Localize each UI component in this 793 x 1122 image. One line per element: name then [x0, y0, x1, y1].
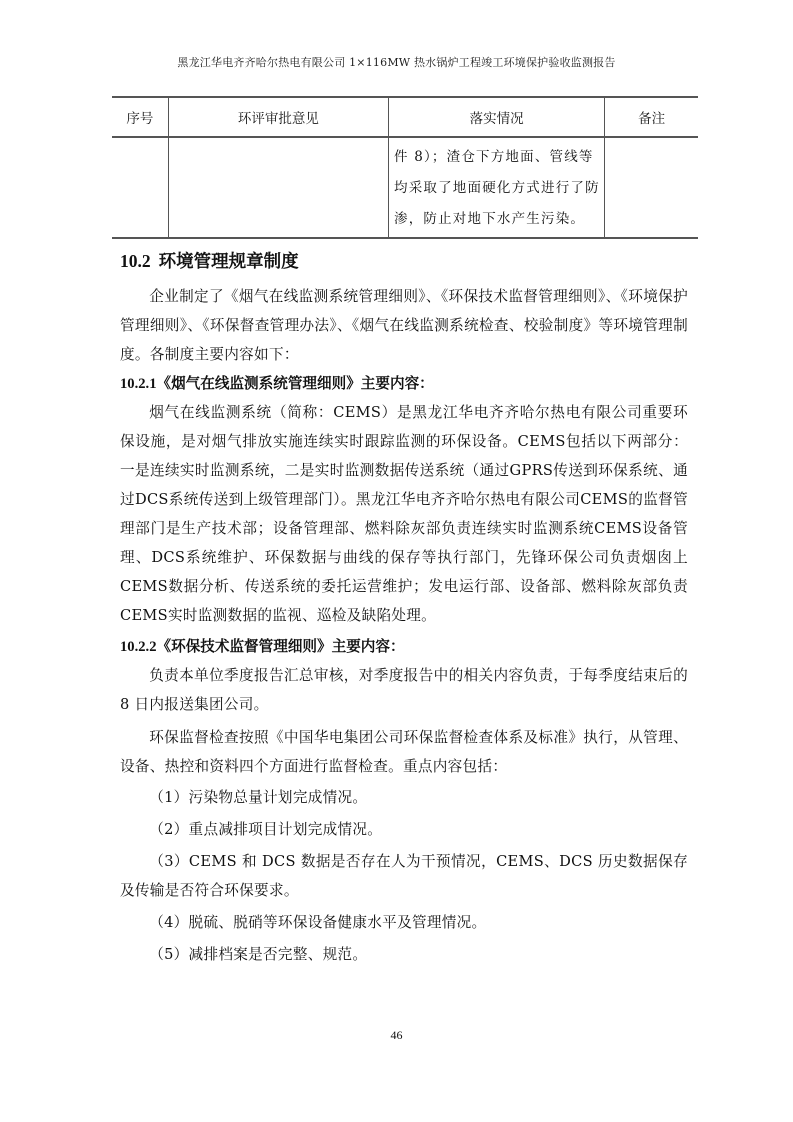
header-serial-number: 序号 — [112, 97, 168, 137]
running-header: 黑龙江华电齐齐哈尔热电有限公司 1×116MW 热水锅炉工程竣工环境保护验收监测… — [0, 54, 793, 70]
subsection-heading-cems: 10.2.1《烟气在线监测系统管理细则》主要内容： — [120, 369, 688, 398]
table-row: 件 8）；渣仓下方地面、管线等均采取了地面硬化方式进行了防渗，防止对地下水产生污… — [112, 137, 698, 238]
header-approval-opinion: 环评审批意见 — [168, 97, 388, 137]
list-item: （1）污染物总量计划完成情况。 — [120, 783, 688, 812]
header-remarks: 备注 — [605, 97, 698, 137]
header-implementation: 落实情况 — [389, 97, 605, 137]
cell-approval-opinion — [168, 137, 388, 238]
cell-serial-number — [112, 137, 168, 238]
subsection-title: 《烟气在线监测系统管理细则》主要内容： — [156, 375, 433, 392]
supervision-paragraph-1: 负责本单位季度报告汇总审核，对季度报告中的相关内容负责，于每季度结束后的 8 日… — [120, 661, 688, 719]
cell-implementation: 件 8）；渣仓下方地面、管线等均采取了地面硬化方式进行了防渗，防止对地下水产生污… — [389, 137, 605, 238]
section-title: 环境管理规章制度 — [159, 252, 299, 272]
approval-table: 序号 环评审批意见 落实情况 备注 件 8）；渣仓下方地面、管线等均采取了地面硬… — [112, 96, 698, 239]
cems-paragraph: 烟气在线监测系统（简称：CEMS）是黑龙江华电齐齐哈尔热电有限公司重要环保设施，… — [120, 398, 688, 630]
list-item: （5）减排档案是否完整、规范。 — [120, 940, 688, 969]
subsection-heading-supervision: 10.2.2《环保技术监督管理细则》主要内容： — [120, 632, 688, 661]
subsection-number: 10.2.2 — [120, 639, 156, 655]
subsection-title: 《环保技术监督管理细则》主要内容： — [156, 638, 404, 655]
supervision-paragraph-2: 环保监督检查按照《中国华电集团公司环保监督检查体系及标准》执行，从管理、设备、热… — [120, 723, 688, 781]
cell-remarks — [605, 137, 698, 238]
document-body: 10.2环境管理规章制度 企业制定了《烟气在线监测系统管理细则》、《环保技术监督… — [120, 246, 688, 969]
section-intro-paragraph: 企业制定了《烟气在线监测系统管理细则》、《环保技术监督管理细则》、《环境保护管理… — [120, 282, 688, 369]
list-item: （4）脱硫、脱硝等环保设备健康水平及管理情况。 — [120, 908, 688, 937]
section-heading: 10.2环境管理规章制度 — [120, 246, 688, 276]
table-header-row: 序号 环评审批意见 落实情况 备注 — [112, 97, 698, 137]
page-number: 46 — [0, 1028, 793, 1043]
subsection-number: 10.2.1 — [120, 376, 156, 392]
list-item: （2）重点减排项目计划完成情况。 — [120, 815, 688, 844]
section-number: 10.2 — [120, 251, 151, 271]
list-item: （3）CEMS 和 DCS 数据是否存在人为干预情况，CEMS、DCS 历史数据… — [120, 847, 688, 905]
